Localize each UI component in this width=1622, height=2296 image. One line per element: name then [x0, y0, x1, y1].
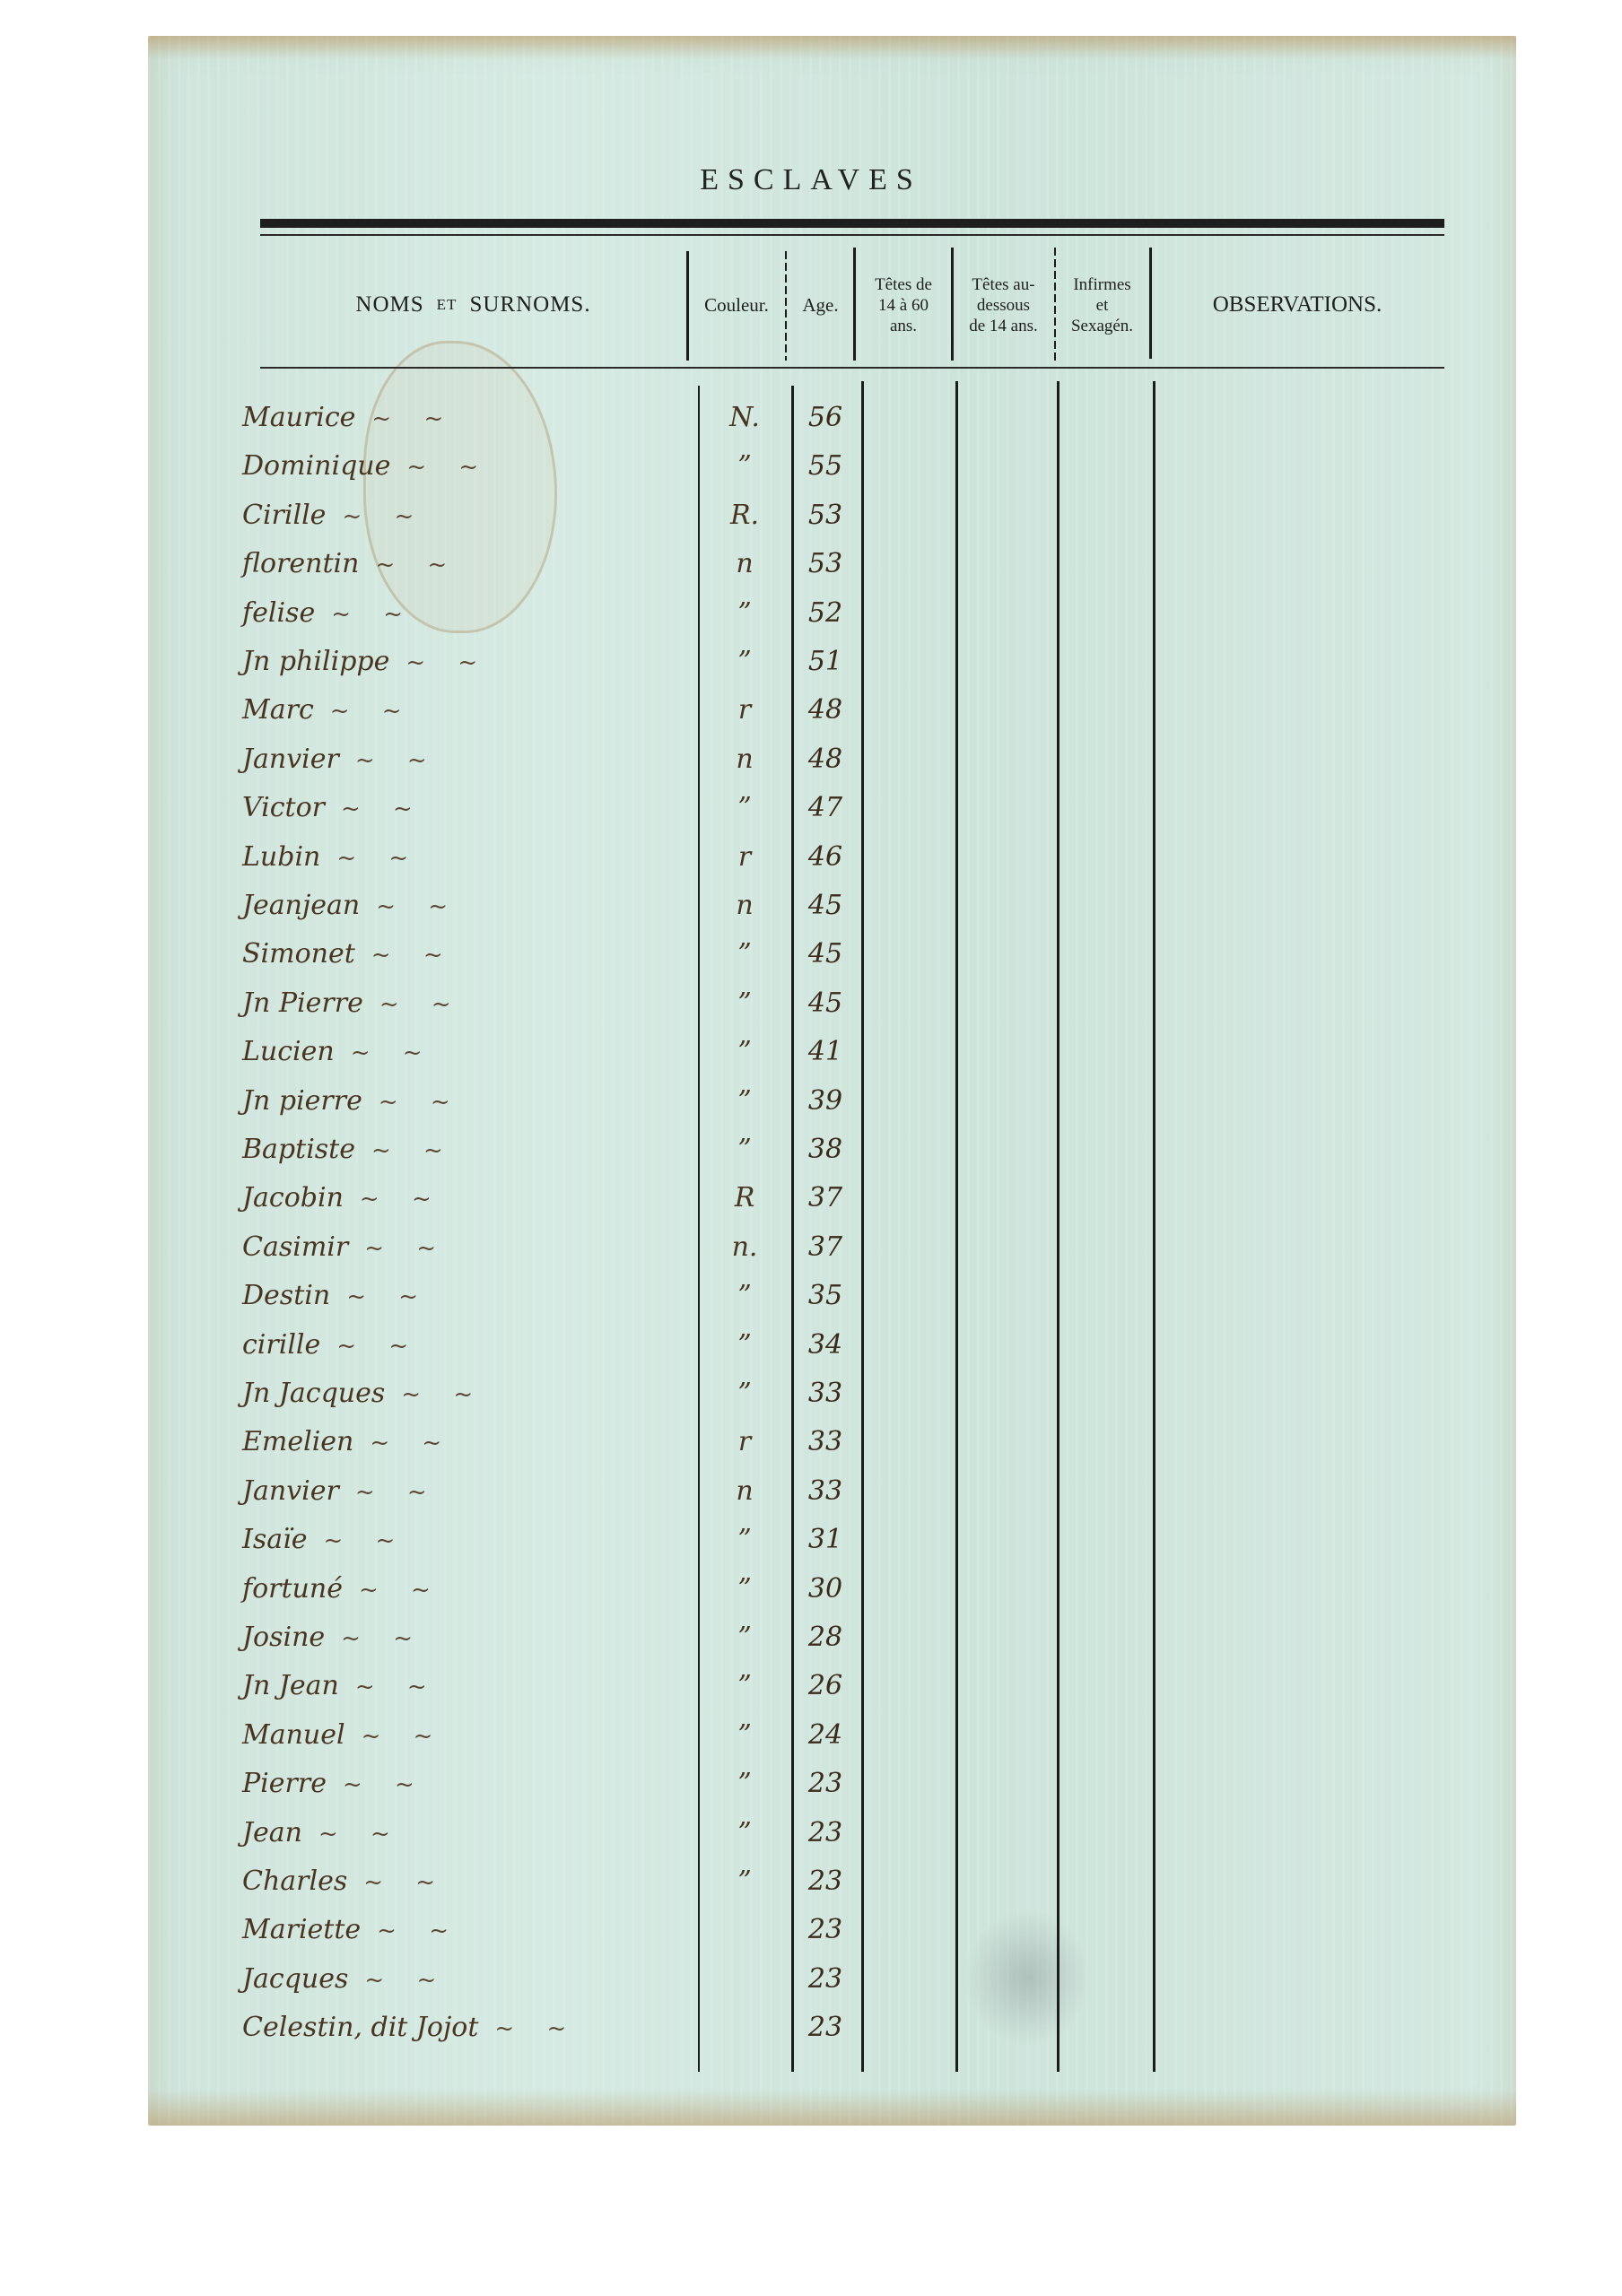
- table-row: fortuné~ ~”30: [0, 1573, 1622, 1605]
- couleur-cell: ”: [709, 1865, 780, 1897]
- filler-dashes: ~ ~: [359, 1577, 443, 1604]
- water-stain: [363, 341, 557, 633]
- slave-name: cirille~ ~: [242, 1329, 673, 1361]
- age-cell: 33: [791, 1475, 859, 1507]
- table-row: Charles~ ~”23: [0, 1865, 1622, 1898]
- table-row: Destin~ ~”35: [0, 1280, 1622, 1312]
- table-row: Jean~ ~”23: [0, 1817, 1622, 1849]
- couleur-cell: ”: [709, 1036, 780, 1067]
- age-cell: 37: [791, 1182, 859, 1213]
- couleur-cell: ”: [709, 1085, 780, 1117]
- header-rule-bottom: [260, 367, 1444, 369]
- slave-name: Cirille~ ~: [242, 500, 673, 532]
- age-cell: 53: [791, 500, 859, 531]
- filler-dashes: ~ ~: [336, 1333, 421, 1360]
- filler-dashes: ~ ~: [355, 747, 440, 774]
- age-cell: 37: [791, 1231, 859, 1263]
- slave-name: Mariette~ ~: [242, 1914, 673, 1946]
- age-cell: 33: [791, 1426, 859, 1457]
- filler-dashes: ~ ~: [406, 454, 491, 481]
- name-text: Dominique: [242, 450, 390, 482]
- filler-dashes: ~ ~: [342, 503, 426, 530]
- header-line: Sexagén.: [1071, 316, 1133, 336]
- filler-dashes: ~ ~: [355, 1479, 440, 1506]
- slave-name: Jn Pierre~ ~: [242, 987, 673, 1020]
- table-row: Pierre~ ~”23: [0, 1768, 1622, 1800]
- table-row: Jn pierre~ ~”39: [0, 1085, 1622, 1118]
- age-cell: 39: [791, 1085, 859, 1117]
- slave-name: Jn philippe~ ~: [242, 646, 673, 678]
- name-text: Jn philippe: [242, 646, 389, 677]
- table-row: Jn philippe~ ~”51: [0, 646, 1622, 678]
- filler-dashes: ~ ~: [379, 991, 464, 1018]
- age-cell: 23: [791, 2012, 859, 2043]
- table-row: Jn Pierre~ ~”45: [0, 987, 1622, 1020]
- couleur-cell: ”: [709, 1329, 780, 1361]
- column-header-tetes-14-60: Têtes de 14 à 60 ans.: [856, 251, 951, 359]
- header-et-text: ET: [437, 296, 458, 314]
- age-cell: 56: [791, 402, 859, 433]
- age-cell: 28: [791, 1622, 859, 1653]
- name-text: Lucien: [242, 1036, 335, 1067]
- couleur-cell: N.: [709, 402, 780, 433]
- filler-dashes: ~ ~: [318, 1821, 403, 1848]
- couleur-cell: n: [709, 548, 780, 579]
- filler-dashes: ~ ~: [371, 405, 456, 432]
- age-cell: 45: [791, 938, 859, 970]
- slave-name: Destin~ ~: [242, 1280, 673, 1312]
- couleur-cell: ”: [709, 646, 780, 677]
- slave-name: Charles~ ~: [242, 1865, 673, 1898]
- age-cell: 35: [791, 1280, 859, 1311]
- table-row: Casimir~ ~n.37: [0, 1231, 1622, 1264]
- header-rule-thick: [260, 219, 1444, 228]
- filler-dashes: ~ ~: [377, 1918, 461, 1944]
- couleur-cell: ”: [709, 1524, 780, 1555]
- table-row: Jacobin~ ~R37: [0, 1182, 1622, 1214]
- couleur-cell: ”: [709, 450, 780, 482]
- couleur-cell: ”: [709, 1622, 780, 1653]
- slave-name: Lubin~ ~: [242, 841, 673, 874]
- header-divider: [951, 248, 954, 361]
- couleur-cell: ”: [709, 792, 780, 823]
- header-rule-thin: [260, 234, 1444, 236]
- name-text: Isaïe: [242, 1524, 307, 1555]
- filler-dashes: ~ ~: [494, 2015, 579, 2042]
- couleur-cell: ”: [709, 1817, 780, 1848]
- couleur-cell: n: [709, 890, 780, 921]
- slave-name: Janvier~ ~: [242, 1475, 673, 1508]
- table-row: Manuel~ ~”24: [0, 1719, 1622, 1752]
- table-row: felise~ ~”52: [0, 597, 1622, 630]
- filler-dashes: ~ ~: [346, 1283, 431, 1310]
- slave-name: Isaïe~ ~: [242, 1524, 673, 1556]
- name-text: Mariette: [242, 1914, 361, 1945]
- name-text: Casimir: [242, 1231, 348, 1263]
- name-text: Cirille: [242, 500, 326, 531]
- slave-name: Celestin, dit Jojot~ ~: [242, 2012, 673, 2044]
- table-row: Baptiste~ ~”38: [0, 1134, 1622, 1166]
- name-text: Josine: [242, 1622, 325, 1653]
- couleur-cell: n: [709, 1475, 780, 1507]
- column-header-observations: OBSERVATIONS.: [1150, 251, 1444, 359]
- table-row: Cirille~ ~R.53: [0, 500, 1622, 532]
- name-text: Jeanjean: [242, 890, 360, 921]
- header-noms-text: NOMS: [355, 292, 423, 317]
- table-row: Victor~ ~”47: [0, 792, 1622, 824]
- name-text: Jn pierre: [242, 1085, 362, 1117]
- age-cell: 23: [791, 1963, 859, 1995]
- header-divider-dashed: [1054, 248, 1056, 361]
- slave-name: Baptiste~ ~: [242, 1134, 673, 1166]
- name-text: Charles: [242, 1865, 347, 1897]
- filler-dashes: ~ ~: [360, 1186, 444, 1213]
- table-row: Jeanjean~ ~n45: [0, 890, 1622, 922]
- age-cell: 23: [791, 1865, 859, 1897]
- column-header-couleur: Couleur.: [688, 251, 785, 359]
- filler-dashes: ~ ~: [323, 1527, 407, 1554]
- table-row: Josine~ ~”28: [0, 1622, 1622, 1654]
- slave-name: Marc~ ~: [242, 694, 673, 726]
- filler-dashes: ~ ~: [401, 1381, 485, 1408]
- filler-dashes: ~ ~: [362, 1723, 446, 1750]
- slave-name: Pierre~ ~: [242, 1768, 673, 1800]
- name-text: Marc: [242, 694, 314, 726]
- table-row: Simonet~ ~”45: [0, 938, 1622, 970]
- header-surnoms-text: SURNOMS.: [469, 292, 590, 317]
- couleur-cell: ”: [709, 1768, 780, 1799]
- age-cell: 30: [791, 1573, 859, 1605]
- column-header-age: Age.: [787, 251, 854, 359]
- header-divider-dashed: [785, 251, 787, 361]
- name-text: cirille: [242, 1329, 320, 1361]
- filler-dashes: ~ ~: [371, 1137, 456, 1164]
- paper-worn-bottom-edge: [148, 2090, 1516, 2126]
- slave-name: Manuel~ ~: [242, 1719, 673, 1752]
- age-cell: 53: [791, 548, 859, 579]
- header-line: Têtes au-: [969, 274, 1038, 295]
- table-row: Janvier~ ~n33: [0, 1475, 1622, 1508]
- filler-dashes: ~ ~: [331, 601, 415, 628]
- name-text: Simonet: [242, 938, 355, 970]
- couleur-cell: ”: [709, 1378, 780, 1409]
- table-row: Emelien~ ~r33: [0, 1426, 1622, 1458]
- slave-name: Jn Jean~ ~: [242, 1670, 673, 1702]
- slave-name: Janvier~ ~: [242, 744, 673, 776]
- couleur-cell: n: [709, 744, 780, 775]
- couleur-cell: n.: [709, 1231, 780, 1263]
- filler-dashes: ~ ~: [405, 649, 490, 676]
- filler-dashes: ~ ~: [370, 1430, 454, 1457]
- header-line: Têtes de: [875, 274, 932, 295]
- filler-dashes: ~ ~: [364, 1235, 449, 1262]
- filler-dashes: ~ ~: [364, 1967, 449, 1994]
- filler-dashes: ~ ~: [355, 1674, 440, 1700]
- slave-name: Dominique~ ~: [242, 450, 673, 483]
- age-cell: 23: [791, 1817, 859, 1848]
- header-line: 14 à 60: [875, 295, 932, 316]
- name-text: Pierre: [242, 1768, 327, 1799]
- column-header-infirmes: Infirmes et Sexagén.: [1056, 251, 1148, 359]
- age-cell: 31: [791, 1524, 859, 1555]
- header-line: et: [1071, 295, 1133, 316]
- slave-name: Simonet~ ~: [242, 938, 673, 970]
- table-row: Janvier~ ~n48: [0, 744, 1622, 776]
- table-row: Isaïe~ ~”31: [0, 1524, 1622, 1556]
- filler-dashes: ~ ~: [351, 1039, 435, 1066]
- couleur-cell: ”: [709, 1719, 780, 1751]
- name-text: Maurice: [242, 402, 355, 433]
- age-cell: 55: [791, 450, 859, 482]
- age-cell: 48: [791, 744, 859, 775]
- name-text: Lubin: [242, 841, 320, 873]
- age-cell: 23: [791, 1768, 859, 1799]
- age-cell: 26: [791, 1670, 859, 1701]
- column-header-noms: NOMS ET SURNOMS.: [260, 251, 686, 359]
- header-divider: [853, 248, 856, 361]
- slave-name: fortuné~ ~: [242, 1573, 673, 1605]
- header-line: Infirmes: [1071, 274, 1133, 295]
- table-row: Lucien~ ~”41: [0, 1036, 1622, 1068]
- table-row: cirille~ ~”34: [0, 1329, 1622, 1361]
- slave-name: Jacobin~ ~: [242, 1182, 673, 1214]
- couleur-cell: ”: [709, 987, 780, 1019]
- slave-name: Maurice~ ~: [242, 402, 673, 434]
- slave-name: felise~ ~: [242, 597, 673, 630]
- slave-name: Victor~ ~: [242, 792, 673, 824]
- age-cell: 41: [791, 1036, 859, 1067]
- age-cell: 33: [791, 1378, 859, 1409]
- couleur-cell: r: [709, 1426, 780, 1457]
- name-text: Celestin, dit Jojot: [242, 2012, 478, 2043]
- name-text: florentin: [242, 548, 359, 579]
- age-cell: 48: [791, 694, 859, 726]
- header-line: ans.: [875, 316, 932, 336]
- table-row: Maurice~ ~N.56: [0, 402, 1622, 434]
- couleur-cell: ”: [709, 1573, 780, 1605]
- header-line: de 14 ans.: [969, 316, 1038, 336]
- filler-dashes: ~ ~: [376, 893, 460, 920]
- age-cell: 45: [791, 987, 859, 1019]
- age-cell: 24: [791, 1719, 859, 1751]
- name-text: fortuné: [242, 1573, 343, 1605]
- filler-dashes: ~ ~: [330, 698, 414, 725]
- name-text: Jn Pierre: [242, 987, 363, 1019]
- couleur-cell: ”: [709, 1134, 780, 1165]
- slave-name: Jeanjean~ ~: [242, 890, 673, 922]
- slave-name: florentin~ ~: [242, 548, 673, 580]
- paper-worn-top-edge: [148, 36, 1516, 59]
- slave-name: Casimir~ ~: [242, 1231, 673, 1264]
- name-text: Victor: [242, 792, 325, 823]
- name-text: Manuel: [242, 1719, 345, 1751]
- couleur-cell: ”: [709, 1280, 780, 1311]
- slave-name: Lucien~ ~: [242, 1036, 673, 1068]
- table-row: Jn Jacques~ ~”33: [0, 1378, 1622, 1410]
- filler-dashes: ~ ~: [341, 796, 425, 822]
- filler-dashes: ~ ~: [363, 1869, 448, 1896]
- name-text: felise: [242, 597, 315, 629]
- slave-name: Jn Jacques~ ~: [242, 1378, 673, 1410]
- table-row: Celestin, dit Jojot~ ~23: [0, 2012, 1622, 2044]
- header-line: dessous: [969, 295, 1038, 316]
- name-text: Janvier: [242, 1475, 339, 1507]
- couleur-cell: R: [709, 1182, 780, 1213]
- column-header-tetes-sous-14: Têtes au- dessous de 14 ans.: [953, 251, 1054, 359]
- couleur-cell: r: [709, 694, 780, 726]
- name-text: Destin: [242, 1280, 330, 1311]
- filler-dashes: ~ ~: [379, 1089, 463, 1116]
- name-text: Baptiste: [242, 1134, 355, 1165]
- table-row: Mariette~ ~23: [0, 1914, 1622, 1946]
- age-cell: 47: [791, 792, 859, 823]
- table-row: Marc~ ~r48: [0, 694, 1622, 726]
- table-row: florentin~ ~n53: [0, 548, 1622, 580]
- age-cell: 34: [791, 1329, 859, 1361]
- name-text: Janvier: [242, 744, 339, 775]
- table-row: Jacques~ ~23: [0, 1963, 1622, 1996]
- couleur-cell: r: [709, 841, 780, 873]
- header-divider: [686, 251, 689, 361]
- slave-name: Josine~ ~: [242, 1622, 673, 1654]
- filler-dashes: ~ ~: [341, 1625, 425, 1652]
- age-cell: 38: [791, 1134, 859, 1165]
- slave-name: Emelien~ ~: [242, 1426, 673, 1458]
- filler-dashes: ~ ~: [375, 552, 459, 578]
- name-text: Jean: [242, 1817, 302, 1848]
- couleur-cell: ”: [709, 597, 780, 629]
- couleur-cell: R.: [709, 500, 780, 531]
- name-text: Emelien: [242, 1426, 353, 1457]
- slave-name: Jn pierre~ ~: [242, 1085, 673, 1118]
- filler-dashes: ~ ~: [343, 1771, 427, 1798]
- couleur-cell: ”: [709, 1670, 780, 1701]
- name-text: Jacobin: [242, 1182, 344, 1213]
- age-cell: 23: [791, 1914, 859, 1945]
- slave-name: Jacques~ ~: [242, 1963, 673, 1996]
- couleur-cell: ”: [709, 938, 780, 970]
- name-text: Jacques: [242, 1963, 348, 1995]
- age-cell: 46: [791, 841, 859, 873]
- age-cell: 45: [791, 890, 859, 921]
- name-text: Jn Jean: [242, 1670, 339, 1701]
- page-title: ESCLAVES: [0, 163, 1622, 197]
- header-divider: [1149, 248, 1152, 359]
- name-text: Jn Jacques: [242, 1378, 385, 1409]
- table-row: Dominique~ ~”55: [0, 450, 1622, 483]
- age-cell: 52: [791, 597, 859, 629]
- filler-dashes: ~ ~: [336, 845, 421, 872]
- filler-dashes: ~ ~: [371, 942, 456, 969]
- table-row: Jn Jean~ ~”26: [0, 1670, 1622, 1702]
- table-row: Lubin~ ~r46: [0, 841, 1622, 874]
- slave-name: Jean~ ~: [242, 1817, 673, 1849]
- age-cell: 51: [791, 646, 859, 677]
